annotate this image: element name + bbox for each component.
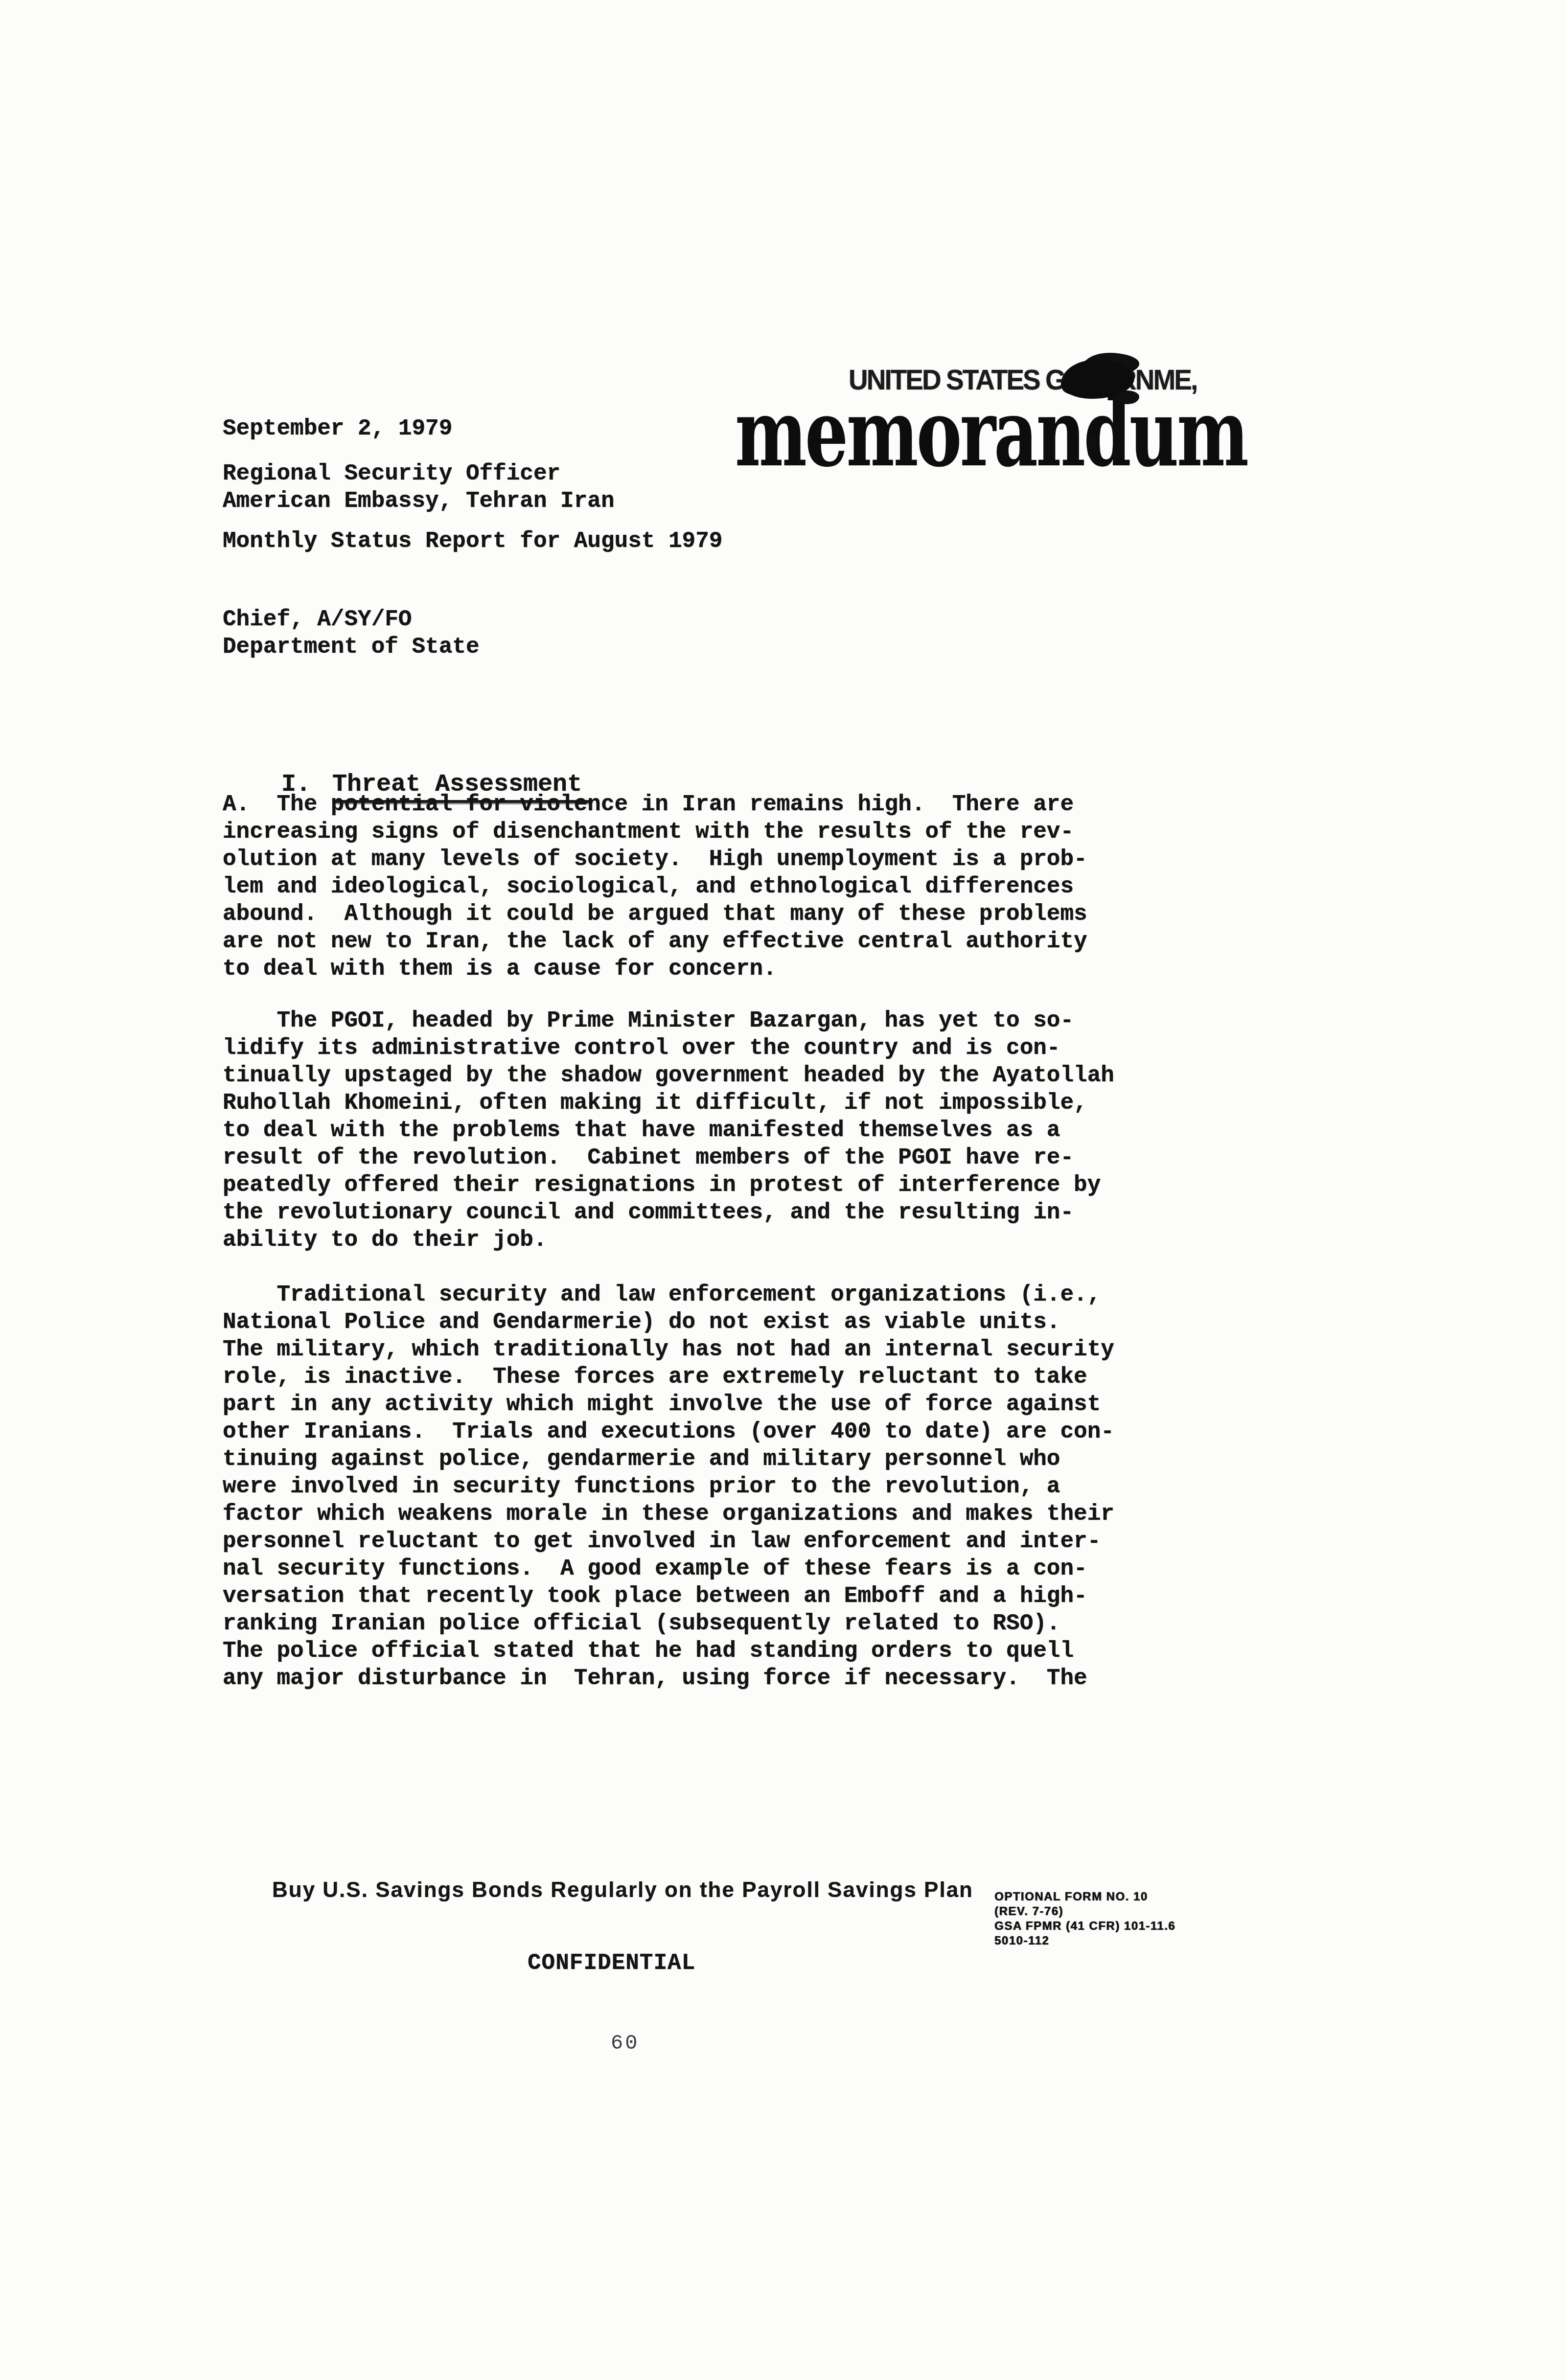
from-embassy-line: American Embassy, Tehran Iran [223,487,615,515]
page-number: 60 [611,2032,639,2055]
optional-form-stamp: OPTIONAL FORM NO. 10 (REV. 7-76) GSA FPM… [994,1890,1175,1948]
classification-stamp: CONFIDENTIAL [528,1949,695,1977]
savings-bonds-slogan: Buy U.S. Savings Bonds Regularly on the … [272,1878,973,1902]
from-office-line: Regional Security Officer [223,460,560,487]
paragraph-threat-assessment-a: A. The potential for violence in Iran re… [223,791,1087,983]
to-chief-line: Chief, A/SY/FO [223,606,412,633]
memo-page: UNITED STATES GOVERNME, memorandum Septe… [0,0,1566,2380]
to-department-line: Department of State [223,633,480,661]
subject-line: Monthly Status Report for August 1979 [223,527,722,555]
paragraph-security-organizations: Traditional security and law enforcement… [223,1281,1114,1692]
date-line: September 2, 1979 [223,415,452,442]
memorandum-title: memorandum [735,387,1247,480]
paragraph-pgoi: The PGOI, headed by Prime Minister Bazar… [223,1007,1114,1254]
